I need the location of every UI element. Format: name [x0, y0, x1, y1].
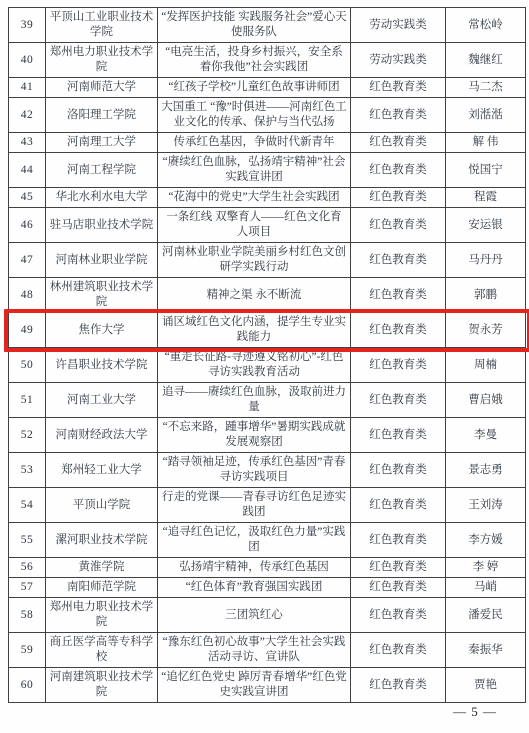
table-row: 54 平顶山学院 行走的党课——青春寻访红色足迹实践团 红色教育类 王刘涛 [9, 488, 526, 523]
cell-project: “重走长征路-寻迹遵义铭初心”-红色寻访实践教育活动 [158, 348, 351, 383]
cell-project: “追寻红色记忆，汲取红色力量”实践团 [158, 523, 351, 558]
cell-school: 焦作大学 [46, 313, 158, 348]
cell-project: “豫东红色初心故事”大学生社会实践活动寻访、宣讲队 [158, 633, 351, 668]
table-row: 45 华北水利水电大学 “花海中的党史”大学生社会实践团 红色教育类 程霞 [9, 188, 526, 208]
table-row: 48 林州建筑职业技术学院 精神之渠 永不断流 红色教育类 郭鹏 [9, 278, 526, 313]
cell-name: 马峭 [446, 578, 526, 598]
cell-number: 57 [9, 578, 46, 598]
cell-school: 河南师范大学 [46, 78, 158, 98]
cell-number: 56 [9, 558, 46, 578]
table-row: 52 河南财经政法大学 “不忘来路，踵事增华”暑期实践成就发展观察团 红色教育类… [9, 418, 526, 453]
cell-category: 红色教育类 [351, 523, 446, 558]
cell-category: 红色教育类 [351, 208, 446, 243]
cell-project: 行走的党课——青春寻访红色足迹实践团 [158, 488, 351, 523]
cell-number: 54 [9, 488, 46, 523]
cell-name: 马丹丹 [446, 243, 526, 278]
cell-project: 传承红色基因，争做时代新青年 [158, 133, 351, 153]
cell-school: 郑州电力职业技术学院 [46, 43, 158, 78]
cell-number: 48 [9, 278, 46, 313]
cell-category: 红色教育类 [351, 278, 446, 313]
cell-name: 刘湉湉 [446, 98, 526, 133]
cell-category: 红色教育类 [351, 133, 446, 153]
cell-number: 47 [9, 243, 46, 278]
cell-project: “电亮生活，投身乡村振兴，安全系着你我他”社会实践团 [158, 43, 351, 78]
table-row: 56 黄淮学院 弘扬靖宇精神，传承红色基因 红色教育类 李 婷 [9, 558, 526, 578]
cell-name: 曹启娥 [446, 383, 526, 418]
cell-school: 商丘医学高等专科学校 [46, 633, 158, 668]
cell-name: 程霞 [446, 188, 526, 208]
cell-project: 诵区域红色文化内涵，提学生专业实践能力 [158, 313, 351, 348]
cell-category: 劳动实践类 [351, 8, 446, 43]
cell-school: 郑州轻工业大学 [46, 453, 158, 488]
cell-number: 42 [9, 98, 46, 133]
table-row: 60 河南建筑职业技术学院 “追忆红色党史 踔厉青春增华”红色党史实践宣讲团 红… [9, 668, 526, 703]
cell-name: 李 婷 [446, 558, 526, 578]
table-row: 57 南阳师范学院 “红色体育”教育强国实践团 红色教育类 马峭 [9, 578, 526, 598]
cell-school: 驻马店职业技术学院 [46, 208, 158, 243]
cell-number: 43 [9, 133, 46, 153]
cell-category: 红色教育类 [351, 348, 446, 383]
cell-school: 河南财经政法大学 [46, 418, 158, 453]
table-row: 59 商丘医学高等专科学校 “豫东红色初心故事”大学生社会实践活动寻访、宣讲队 … [9, 633, 526, 668]
cell-school: 郑州电力职业技术学院 [46, 598, 158, 633]
cell-category: 红色教育类 [351, 383, 446, 418]
cell-name: 景志勇 [446, 453, 526, 488]
cell-number: 53 [9, 453, 46, 488]
cell-name: 潘爱民 [446, 598, 526, 633]
cell-school: 平顶山学院 [46, 488, 158, 523]
cell-name: 解 伟 [446, 133, 526, 153]
cell-name: 郭鹏 [446, 278, 526, 313]
cell-number: 45 [9, 188, 46, 208]
cell-number: 41 [9, 78, 46, 98]
cell-project: “赓续红色血脉，弘扬靖宇精神”社会实践宣讲团 [158, 153, 351, 188]
cell-category: 红色教育类 [351, 78, 446, 98]
cell-project: “红色体育”教育强国实践团 [158, 578, 351, 598]
cell-school: 河南林业职业学院 [46, 243, 158, 278]
cell-name: 安运银 [446, 208, 526, 243]
cell-school: 黄淮学院 [46, 558, 158, 578]
cell-school: 河南工业大学 [46, 383, 158, 418]
cell-name: 王刘涛 [446, 488, 526, 523]
cell-name: 常松岭 [446, 8, 526, 43]
table-row: 39 平顶山工业职业技术学院 “发挥医护技能 实践服务社会”爱心天使服务队 劳动… [9, 8, 526, 43]
cell-category: 红色教育类 [351, 558, 446, 578]
cell-project: “不忘来路，踵事增华”暑期实践成就发展观察团 [158, 418, 351, 453]
cell-project: 大国重工 “豫”时俱进——河南红色工业文化的传承、保护与当代弘扬 [158, 98, 351, 133]
cell-school: 许昌职业技术学院 [46, 348, 158, 383]
table-row: 42 洛阳理工学院 大国重工 “豫”时俱进——河南红色工业文化的传承、保护与当代… [9, 98, 526, 133]
table-row: 43 河南理工大学 传承红色基因，争做时代新青年 红色教育类 解 伟 [9, 133, 526, 153]
table-row: 49 焦作大学 诵区域红色文化内涵，提学生专业实践能力 红色教育类 贺永芳 [9, 313, 526, 348]
table-row: 47 河南林业职业学院 河南林业职业学院美丽乡村红色文创研学实践行动 红色教育类… [9, 243, 526, 278]
cell-category: 红色教育类 [351, 153, 446, 188]
table-row: 44 河南工程学院 “赓续红色血脉，弘扬靖宇精神”社会实践宣讲团 红色教育类 悦… [9, 153, 526, 188]
cell-category: 红色教育类 [351, 578, 446, 598]
cell-project: “发挥医护技能 实践服务社会”爱心天使服务队 [158, 8, 351, 43]
cell-category: 红色教育类 [351, 668, 446, 703]
page-number: — 5 — [445, 704, 505, 720]
cell-project: 精神之渠 永不断流 [158, 278, 351, 313]
cell-number: 55 [9, 523, 46, 558]
cell-number: 50 [9, 348, 46, 383]
cell-project: “红孩子学校”儿童红色故事讲师团 [158, 78, 351, 98]
cell-school: 洛阳理工学院 [46, 98, 158, 133]
table-row: 41 河南师范大学 “红孩子学校”儿童红色故事讲师团 红色教育类 马二杰 [9, 78, 526, 98]
cell-school: 河南工程学院 [46, 153, 158, 188]
cell-project: 一条红线 双擎育人——红色文化育人项目 [158, 208, 351, 243]
cell-number: 59 [9, 633, 46, 668]
cell-number: 52 [9, 418, 46, 453]
table-row: 40 郑州电力职业技术学院 “电亮生活，投身乡村振兴，安全系着你我他”社会实践团… [9, 43, 526, 78]
cell-project: “追忆红色党史 踔厉青春增华”红色党史实践宣讲团 [158, 668, 351, 703]
cell-category: 红色教育类 [351, 98, 446, 133]
award-table: 39 平顶山工业职业技术学院 “发挥医护技能 实践服务社会”爱心天使服务队 劳动… [8, 7, 526, 703]
table-row: 51 河南工业大学 追寻——赓续红色血脉，汲取前进力量 红色教育类 曹启娥 [9, 383, 526, 418]
cell-name: 贾艳 [446, 668, 526, 703]
cell-number: 44 [9, 153, 46, 188]
cell-school: 平顶山工业职业技术学院 [46, 8, 158, 43]
cell-name: 悦国宁 [446, 153, 526, 188]
table-row: 55 漯河职业技术学院 “追寻红色记忆，汲取红色力量”实践团 红色教育类 李方媛 [9, 523, 526, 558]
cell-school: 河南建筑职业技术学院 [46, 668, 158, 703]
cell-category: 红色教育类 [351, 633, 446, 668]
cell-number: 49 [9, 313, 46, 348]
cell-number: 40 [9, 43, 46, 78]
cell-category: 红色教育类 [351, 453, 446, 488]
cell-project: 三团筑红心 [158, 598, 351, 633]
cell-number: 39 [9, 8, 46, 43]
cell-name: 李曼 [446, 418, 526, 453]
cell-school: 林州建筑职业技术学院 [46, 278, 158, 313]
table-row: 58 郑州电力职业技术学院 三团筑红心 红色教育类 潘爱民 [9, 598, 526, 633]
cell-category: 劳动实践类 [351, 43, 446, 78]
cell-school: 河南理工大学 [46, 133, 158, 153]
cell-number: 60 [9, 668, 46, 703]
cell-project: 弘扬靖宇精神，传承红色基因 [158, 558, 351, 578]
cell-project: “踏寻领袖足迹，传承红色基因”青春寻访实践项目 [158, 453, 351, 488]
cell-number: 46 [9, 208, 46, 243]
cell-school: 南阳师范学院 [46, 578, 158, 598]
cell-category: 红色教育类 [351, 243, 446, 278]
cell-number: 51 [9, 383, 46, 418]
cell-name: 秦振华 [446, 633, 526, 668]
cell-number: 58 [9, 598, 46, 633]
cell-school: 漯河职业技术学院 [46, 523, 158, 558]
table-row: 46 驻马店职业技术学院 一条红线 双擎育人——红色文化育人项目 红色教育类 安… [9, 208, 526, 243]
cell-project: “花海中的党史”大学生社会实践团 [158, 188, 351, 208]
cell-school: 华北水利水电大学 [46, 188, 158, 208]
cell-name: 贺永芳 [446, 313, 526, 348]
cell-category: 红色教育类 [351, 488, 446, 523]
cell-category: 红色教育类 [351, 188, 446, 208]
document-page: 39 平顶山工业职业技术学院 “发挥医护技能 实践服务社会”爱心天使服务队 劳动… [0, 0, 529, 733]
cell-name: 李方媛 [446, 523, 526, 558]
table-row: 53 郑州轻工业大学 “踏寻领袖足迹，传承红色基因”青春寻访实践项目 红色教育类… [9, 453, 526, 488]
table-row: 50 许昌职业技术学院 “重走长征路-寻迹遵义铭初心”-红色寻访实践教育活动 红… [9, 348, 526, 383]
cell-project: 河南林业职业学院美丽乡村红色文创研学实践行动 [158, 243, 351, 278]
cell-name: 魏继红 [446, 43, 526, 78]
cell-name: 周楠 [446, 348, 526, 383]
cell-category: 红色教育类 [351, 313, 446, 348]
cell-project: 追寻——赓续红色血脉，汲取前进力量 [158, 383, 351, 418]
cell-name: 马二杰 [446, 78, 526, 98]
cell-category: 红色教育类 [351, 418, 446, 453]
cell-category: 红色教育类 [351, 598, 446, 633]
